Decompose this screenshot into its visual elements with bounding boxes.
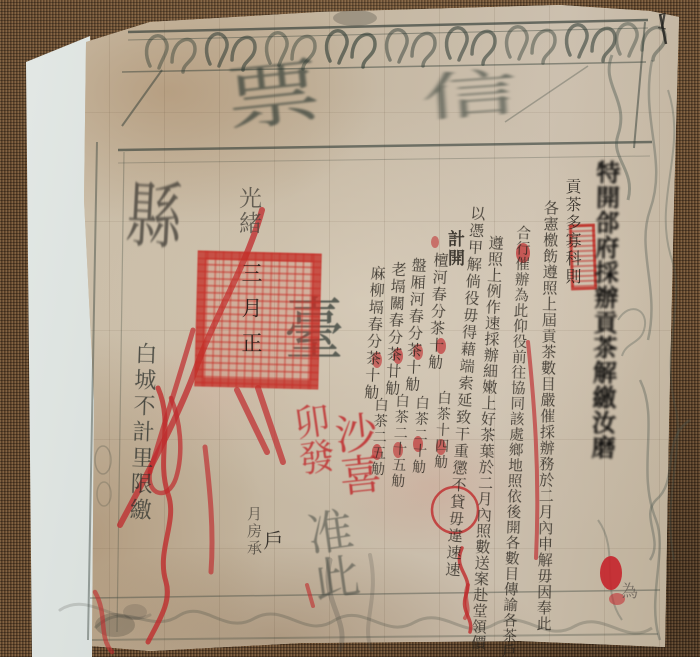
body-column-1: 貢茶多寡科則 — [564, 178, 580, 286]
left-margin-column: 白城不計里限繳 — [127, 342, 155, 525]
approval-zhun-ci: 准此 — [300, 505, 361, 603]
list-item-1-white: 白茶十四觔 — [433, 390, 451, 471]
red-dispatch-note: 卯發 — [288, 401, 334, 477]
list-item-2-white: 白茶二十觔 — [411, 395, 429, 476]
photo-of-qing-tea-tribute-warrant: 票 信 縣 光緒 白城不計里限繳 臺 三月正 特開郃府採辦貢茶解繳汝磨 貢茶多寡… — [0, 0, 700, 657]
printed-heavy-column: 特開郃府採辦貢茶解繳汝磨 — [590, 160, 618, 440]
clerk-room-column: 月房承 — [246, 506, 261, 557]
red-runner-name: 沙喜 — [330, 410, 381, 498]
household-character: 戶 — [262, 530, 282, 552]
title-char-piao: 票 — [222, 56, 325, 136]
tail-character: 為 — [618, 582, 635, 601]
seal-date-overwrite: 三月正 — [240, 262, 261, 367]
title-char-xin: 信 — [420, 67, 519, 125]
era-guangxu: 光緒 — [236, 186, 259, 236]
county-character: 縣 — [124, 180, 184, 256]
